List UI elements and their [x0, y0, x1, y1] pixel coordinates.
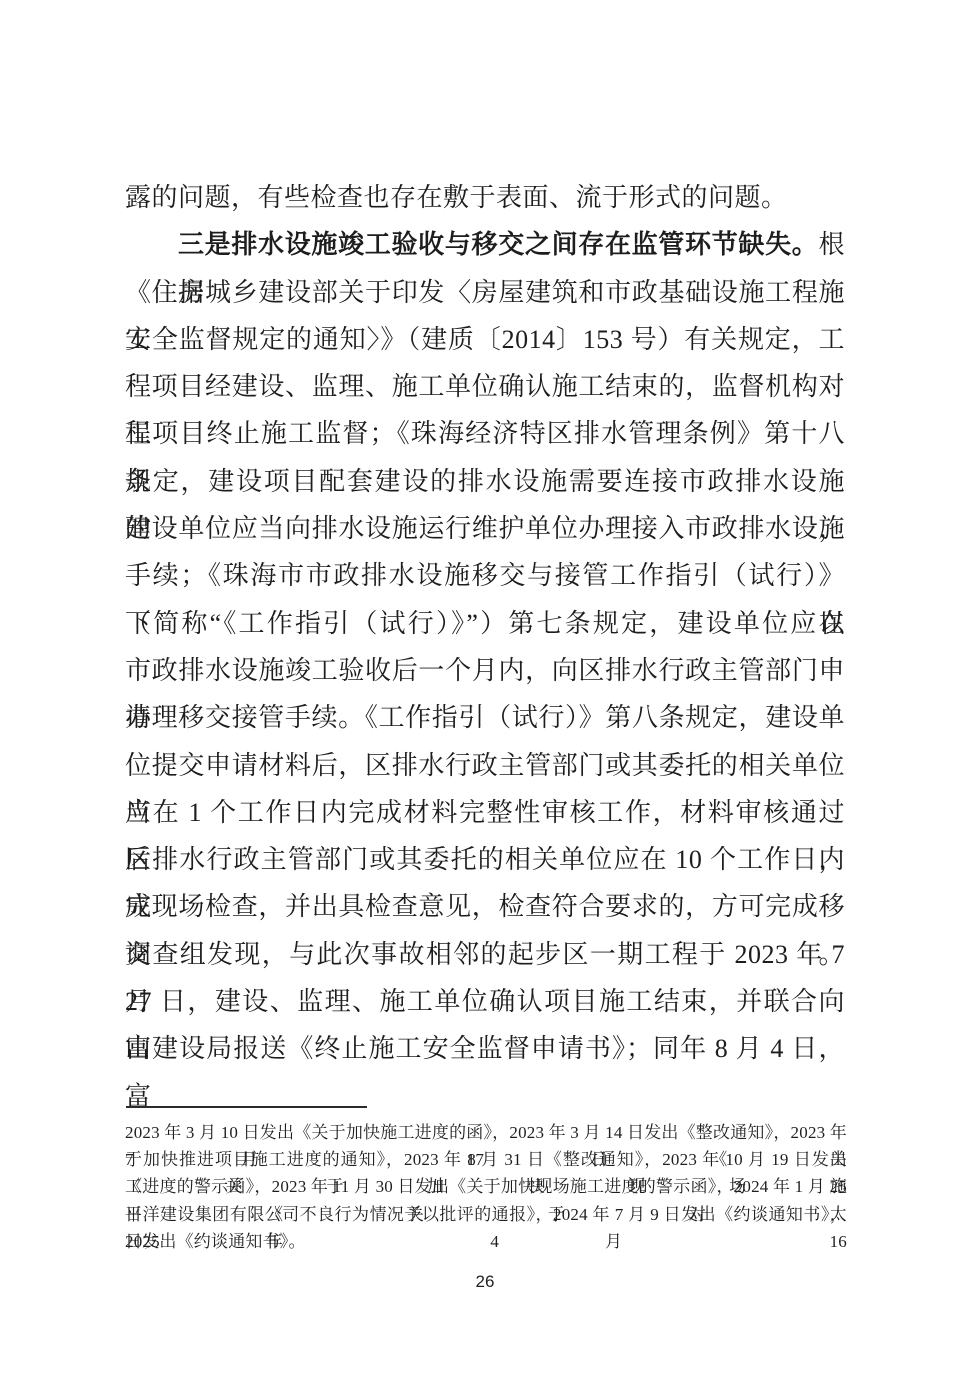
body-text-line: 山建设局报送《终止施工安全监督申请书》；同年 8 月 4 日，富: [125, 1025, 845, 1072]
footnote-line: 工进度的警示函》，2023 年 11 月 30 日发出《关于加快现场施工进度的警…: [125, 1173, 847, 1200]
page-number: 26: [0, 1272, 970, 1292]
body-text-line: 程项目经建设、监理、施工单位确认施工结束的，监督机构对工: [125, 363, 845, 410]
body-text-line: 市政排水设施竣工验收后一个月内，向区排水行政主管部门申请: [125, 647, 845, 694]
body-text-line: 程项目终止施工监督；《珠海经济特区排水管理条例》第十八条: [125, 410, 845, 457]
body-text-line: 下简称“《工作指引（试行）》”）第七条规定，建设单位应在: [125, 600, 845, 647]
paragraph-bold-heading: 三是排水设施竣工验收与移交之间存在监管环节缺失。: [178, 230, 818, 259]
document-page: 露的问题，有些检查也存在敷于表面、流于形式的问题。三是排水设施竣工验收与移交之间…: [0, 0, 970, 1373]
body-text-line: 区排水行政主管部门或其委托的相关单位应在 10 个工作日内完: [125, 836, 845, 883]
body-text-line: 建设单位应当向排水设施运行维护单位办理接入市政排水设施: [125, 505, 845, 552]
body-text-line: 露的问题，有些检查也存在敷于表面、流于形式的问题。: [125, 174, 845, 221]
body-text-line: 位提交申请材料后，区排水行政主管部门或其委托的相关单位应: [125, 742, 845, 789]
footnote-separator-rule: [126, 1106, 367, 1108]
footnote-line: 2023 年 3 月 10 日发出《关于加快施工进度的函》，2023 年 3 月…: [125, 1119, 847, 1146]
footnote-block: 2023 年 3 月 10 日发出《关于加快施工进度的函》，2023 年 3 月…: [125, 1119, 847, 1255]
body-text-line: 《住房城乡建设部关于印发〈房屋建筑和市政基础设施工程施工: [125, 269, 845, 316]
body-text-line: 手续；《珠海市市政排水设施移交与接管工作指引（试行）》（以: [125, 552, 845, 599]
body-text-line: 调查组发现，与此次事故相邻的起步区一期工程于 2023 年 7 月: [125, 931, 845, 978]
main-body-text: 露的问题，有些检查也存在敷于表面、流于形式的问题。三是排水设施竣工验收与移交之间…: [125, 174, 845, 1073]
body-text-line: 安全监督规定的通知〉》（建质〔2014〕153 号）有关规定，工: [125, 316, 845, 363]
body-text-line: 成现场检查，并出具检查意见，检查符合要求的，方可完成移交。: [125, 883, 845, 930]
body-text-line: 当在 1 个工作日内完成材料完整性审核工作，材料审核通过后，: [125, 789, 845, 836]
footnote-line: 平洋建设集团有限公司不良行为情况予以批评的通报》，2024 年 7 月 9 日发…: [125, 1201, 847, 1228]
body-text-line: 办理移交接管手续。《工作指引（试行）》第八条规定，建设单: [125, 694, 845, 741]
footnote-line: 于加快推进项目施工进度的通知》，2023 年 8 月 31 日《整改通知》，20…: [125, 1146, 847, 1173]
body-text-line: 规定，建设项目配套建设的排水设施需要连接市政排水设施的，: [125, 458, 845, 505]
body-text-line: 27 日，建设、监理、施工单位确认项目施工结束，并联合向富: [125, 978, 845, 1025]
body-text-line: 三是排水设施竣工验收与移交之间存在监管环节缺失。根据: [125, 221, 845, 268]
